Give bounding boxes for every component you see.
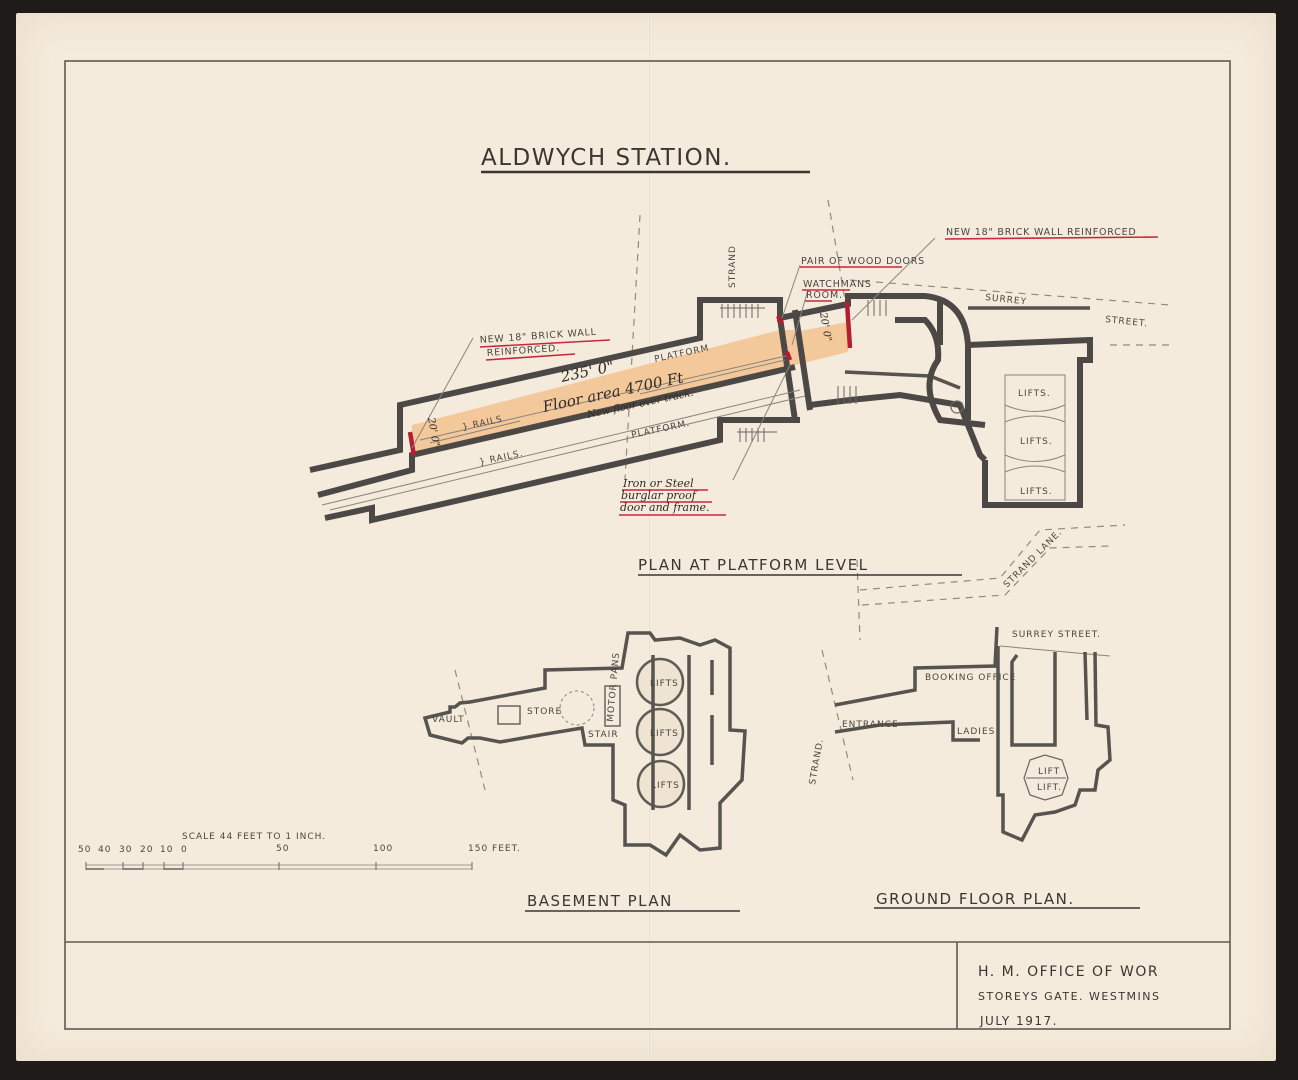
street-label-strand-lane: STRAND LANE.: [1002, 528, 1065, 591]
label-lift-1: LIFTS.: [1018, 389, 1051, 399]
heading-platform-level: PLAN AT PLATFORM LEVEL: [638, 556, 869, 574]
svg-text:ROOM.: ROOM.: [806, 290, 843, 301]
ground-label-booking-office: BOOKING OFFICE: [925, 673, 1016, 683]
basement-plan: LIFTS LIFTS LIFTS VAULT STORE STAIR MOTO…: [425, 633, 745, 911]
label-lift-3: LIFTS.: [1020, 487, 1053, 497]
heading-ground-floor-plan: GROUND FLOOR PLAN.: [876, 890, 1075, 908]
new-brick-wall-right: [847, 302, 850, 348]
basement-label-stair: STAIR: [588, 730, 619, 740]
svg-text:100: 100: [373, 844, 393, 854]
architectural-drawing: ALDWYCH STATION.: [0, 0, 1298, 1080]
ground-label-ladies: LADIES: [957, 727, 995, 737]
annotation-brick-wall-left: NEW 18" BRICK WALL REINFORCED.: [479, 327, 610, 360]
title-block-date: JULY 1917.: [979, 1014, 1058, 1028]
basement-label-vault: VAULT: [432, 715, 465, 725]
ground-label-lift-1: LIFT: [1038, 767, 1060, 777]
street-label-surrey: SURREY: [985, 293, 1028, 307]
annotation-brick-wall-right: NEW 18" BRICK WALL REINFORCED: [945, 227, 1158, 239]
svg-text:WATCHMANS: WATCHMANS: [803, 279, 872, 290]
basement-label-lift-2: LIFTS: [650, 729, 679, 739]
svg-text:50: 50: [276, 844, 289, 854]
label-lift-2: LIFTS.: [1020, 437, 1053, 447]
ground-label-strand: STRAND.: [808, 738, 826, 786]
title-block-office: H. M. OFFICE OF WOR: [978, 964, 1159, 980]
title-text: ALDWYCH STATION.: [481, 145, 732, 171]
svg-text:30: 30: [119, 845, 132, 855]
svg-text:20: 20: [140, 845, 153, 855]
svg-text:0: 0: [181, 845, 188, 855]
heading-basement-plan: BASEMENT PLAN: [527, 892, 673, 910]
ground-label-entrance: ENTRANCE: [842, 720, 899, 730]
basement-label-lift-3: LIFTS: [651, 781, 680, 791]
ground-label-lift-2: LIFT.: [1037, 783, 1062, 793]
annotation-burglar-door: Iron or Steel burglar proof door and fra…: [619, 477, 726, 515]
scale-bar: SCALE 44 FEET TO 1 INCH. 50 40 30 20 10 …: [78, 832, 521, 870]
svg-text:50: 50: [78, 845, 91, 855]
ground-floor-plan: SURREY STREET. STRAND. ENTRANCE BOOKING …: [808, 627, 1140, 908]
annotation-wood-doors: PAIR OF WOOD DOORS: [800, 256, 925, 267]
street-label-street: STREET.: [1105, 315, 1149, 329]
drawing-frame: [65, 61, 1230, 1029]
svg-text:PAIR OF WOOD DOORS: PAIR OF WOOD DOORS: [801, 256, 925, 267]
basement-label-store: STORE: [527, 707, 562, 717]
svg-text:150 FEET.: 150 FEET.: [468, 844, 521, 854]
label-platform-lower: PLATFORM.: [631, 419, 692, 441]
svg-text:40: 40: [98, 845, 111, 855]
title-block: H. M. OFFICE OF WOR STOREYS GATE. WESTMI…: [978, 964, 1160, 1028]
drawing-title: ALDWYCH STATION.: [481, 145, 810, 172]
svg-text:door and frame.: door and frame.: [620, 501, 710, 514]
svg-text:10: 10: [160, 845, 173, 855]
scale-caption: SCALE 44 FEET TO 1 INCH.: [182, 832, 326, 842]
svg-text:NEW 18" BRICK WALL REINFORCED: NEW 18" BRICK WALL REINFORCED: [946, 227, 1137, 238]
basement-label-lift-1: LIFTS: [650, 679, 679, 689]
platform-level-plan: STRAND SURREY STREET. STRAND LANE. PLATF…: [310, 200, 1170, 640]
title-block-address: STOREYS GATE. WESTMINS: [978, 990, 1160, 1003]
ground-label-surrey-street: SURREY STREET.: [1012, 630, 1101, 640]
street-label-strand: STRAND: [728, 245, 738, 288]
